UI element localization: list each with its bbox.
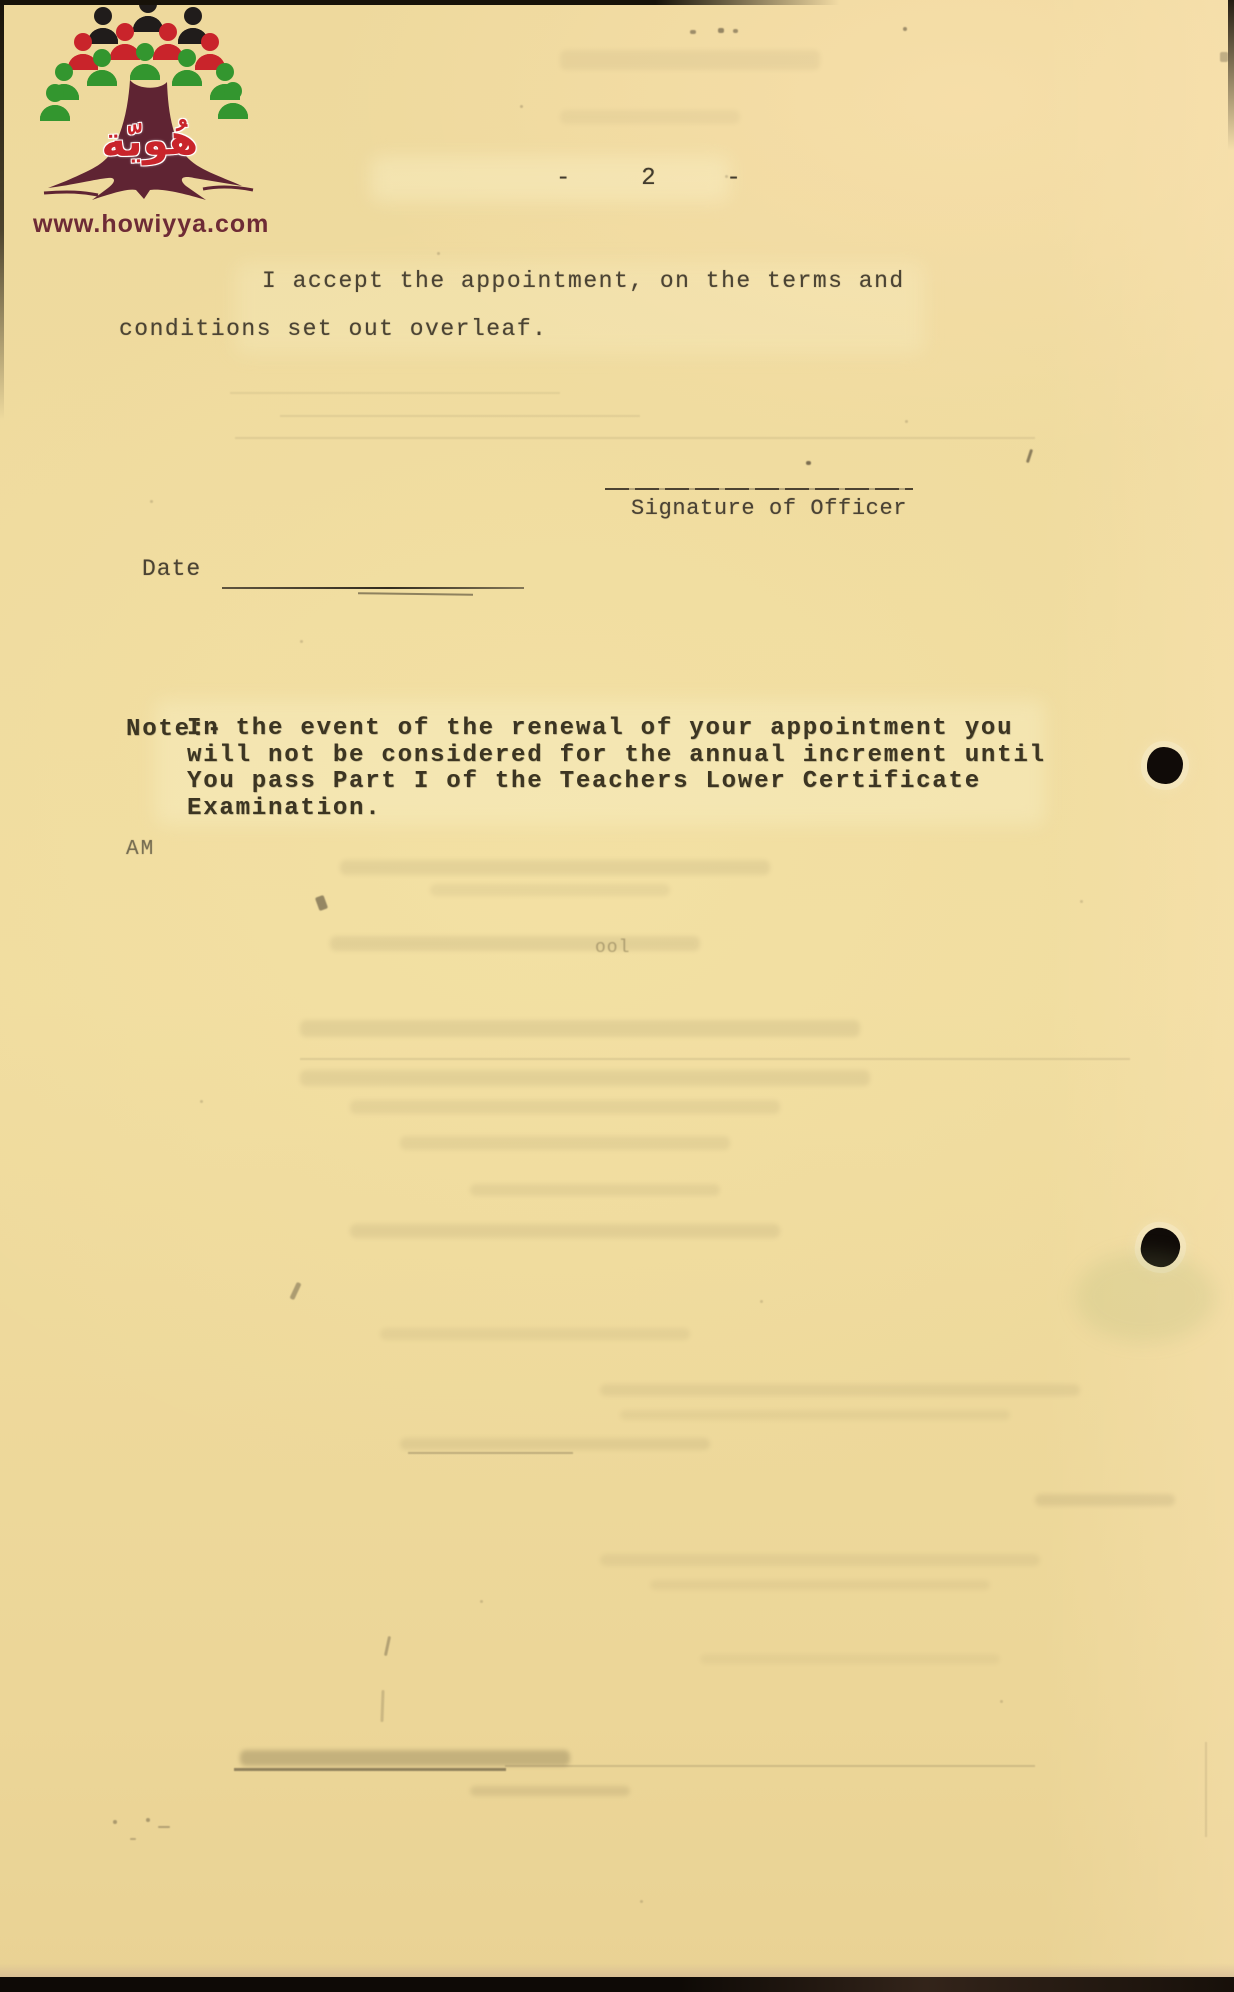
note-line-2: will not be considered for the annual in… bbox=[187, 743, 1067, 770]
ink-speck bbox=[690, 30, 696, 34]
ink-speck bbox=[380, 1690, 384, 1722]
bleed-through-smudge bbox=[560, 50, 820, 70]
watermark-url: www.howiyya.com bbox=[33, 210, 268, 239]
pen-tick-mark bbox=[1026, 449, 1033, 463]
howiyya-tree-logo bbox=[28, 2, 268, 217]
arabic-calligraphy: هُويّة bbox=[91, 114, 208, 167]
ink-speck bbox=[146, 1818, 150, 1822]
bleed-through-smudge bbox=[620, 1410, 1010, 1420]
ink-speck bbox=[113, 1820, 117, 1824]
ink-speck bbox=[300, 640, 303, 643]
ink-speck bbox=[1000, 1700, 1003, 1703]
ink-speck bbox=[437, 252, 440, 255]
bleed-through-smudge bbox=[300, 1070, 870, 1086]
ink-speck bbox=[315, 895, 328, 911]
acceptance-line-1: I accept the appointment, on the terms a… bbox=[262, 268, 905, 294]
ink-speck bbox=[158, 1826, 170, 1828]
bleed-through-smudge bbox=[470, 1184, 720, 1196]
ink-speck bbox=[760, 1300, 763, 1303]
ghost-line bbox=[280, 415, 640, 417]
date-line bbox=[222, 587, 524, 589]
bleed-through-smudge bbox=[300, 1020, 860, 1037]
ink-speck bbox=[905, 420, 908, 423]
page-number: - 2 - bbox=[556, 165, 755, 192]
typist-initials: AM bbox=[126, 838, 155, 861]
scan-edge-bottom-band bbox=[0, 1963, 1234, 1978]
people-canopy-black bbox=[88, 2, 208, 44]
ink-speck bbox=[725, 175, 728, 178]
bleed-through-smudge bbox=[380, 1328, 690, 1340]
ghost-line bbox=[408, 1452, 573, 1454]
ink-speck bbox=[150, 500, 153, 503]
hole-punch-top bbox=[1147, 747, 1183, 784]
bleed-through-smudge bbox=[430, 884, 670, 896]
ghost-line bbox=[300, 1058, 1130, 1060]
signature-line bbox=[605, 488, 913, 490]
ink-speck bbox=[640, 1900, 643, 1903]
ghost-line bbox=[230, 392, 560, 394]
date-label: Date bbox=[142, 556, 201, 582]
scanned-document-page: { "watermark": { "url_text": "www.howiyy… bbox=[0, 0, 1234, 1992]
bleed-through-smudge bbox=[400, 1136, 730, 1150]
scan-edge-right bbox=[1228, 0, 1234, 150]
ink-speck bbox=[520, 105, 523, 108]
bleed-through-smudge bbox=[350, 1224, 780, 1238]
paper-light-column bbox=[1044, 0, 1234, 1992]
bleed-through-smudge bbox=[240, 1750, 570, 1766]
paper-stain-green bbox=[1075, 1252, 1215, 1342]
bleed-through-smudge bbox=[340, 860, 770, 875]
bleed-through-smudge bbox=[700, 1654, 1000, 1664]
ink-speck bbox=[384, 1636, 391, 1656]
note-line-1: In the event of the renewal of your appo… bbox=[187, 716, 1067, 743]
note-text-block: In the event of the renewal of your appo… bbox=[187, 716, 1067, 822]
note-line-3: You pass Part I of the Teachers Lower Ce… bbox=[187, 769, 1067, 796]
ink-speck bbox=[200, 1100, 203, 1103]
scan-edge-top bbox=[0, 0, 840, 5]
note-line-4: Examination. bbox=[187, 796, 1067, 823]
paper-background: هُويّة www.howiyya.com - 2 - I accept th… bbox=[0, 0, 1234, 1992]
acceptance-line-2: conditions set out overleaf. bbox=[119, 316, 547, 342]
bleed-through-smudge bbox=[650, 1580, 990, 1590]
ghost-line bbox=[505, 1765, 1035, 1767]
ghost-line bbox=[1205, 1742, 1207, 1837]
ghost-line bbox=[234, 1768, 506, 1771]
scan-edge-left bbox=[0, 0, 4, 420]
bleed-through-smudge bbox=[470, 1786, 630, 1796]
ink-speck bbox=[903, 27, 907, 31]
signature-label: Signature of Officer bbox=[631, 496, 907, 521]
ink-speck bbox=[718, 28, 724, 33]
ink-speck bbox=[480, 1600, 483, 1603]
bleed-through-smudge bbox=[330, 936, 700, 951]
bleed-through-smudge bbox=[350, 1100, 780, 1114]
ink-speck bbox=[1220, 52, 1228, 62]
ink-speck bbox=[1080, 900, 1083, 903]
bleed-through-smudge bbox=[1035, 1494, 1175, 1506]
ink-speck bbox=[289, 1282, 301, 1300]
scan-edge-bottom bbox=[0, 1977, 1234, 1992]
bleed-through-smudge bbox=[600, 1554, 1040, 1566]
bleed-through-smudge bbox=[400, 1438, 710, 1450]
date-line-smudge bbox=[358, 592, 473, 596]
fold-crease-line bbox=[235, 437, 1035, 439]
ink-speck bbox=[733, 29, 738, 33]
bleed-through-smudge bbox=[560, 110, 740, 124]
ink-dot bbox=[806, 461, 811, 465]
ink-speck bbox=[130, 1838, 136, 1840]
bleed-through-smudge bbox=[600, 1384, 1080, 1396]
